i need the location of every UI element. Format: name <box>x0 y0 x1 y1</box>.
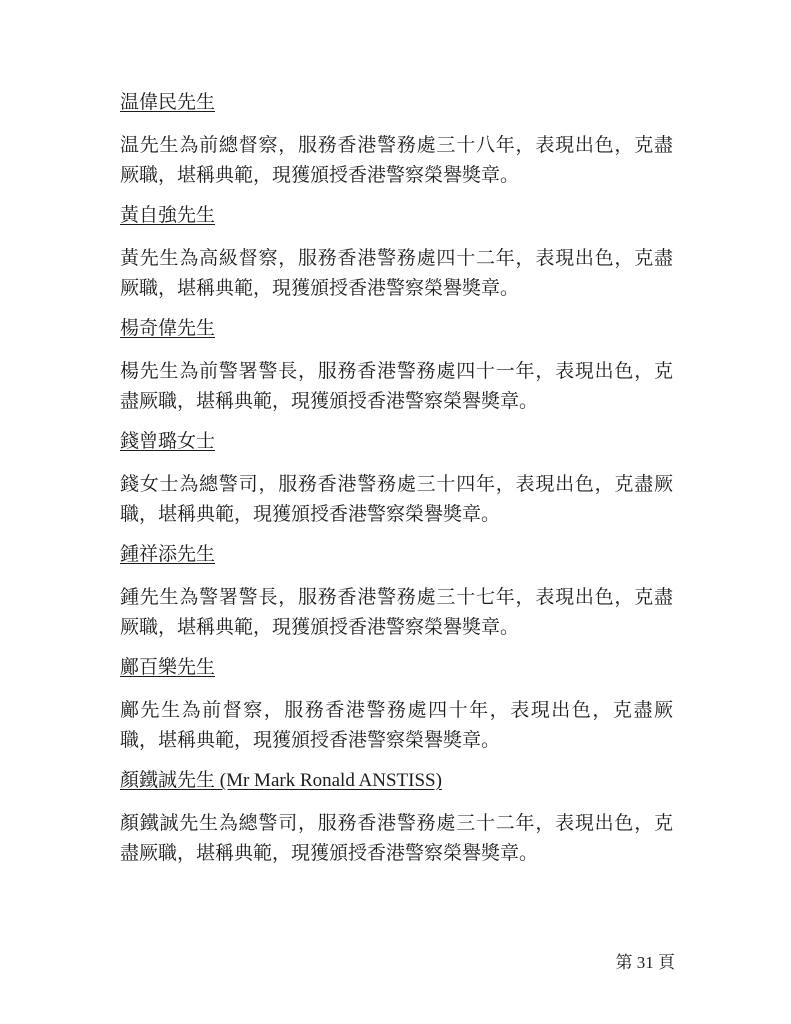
citation-line: 鄺先生為前督察，服務香港警務處四十年，表現出色，克盡厥 <box>120 696 673 726</box>
award-citations-list: 温偉民先生 温先生為前總督察，服務香港警務處三十八年，表現出色，克盡 厥職，堪稱… <box>120 88 673 879</box>
citation-line: 顏鐵誠先生為總警司，服務香港警務處三十二年，表現出色，克 <box>120 809 673 839</box>
recipient-name-heading: 温偉民先生 <box>120 88 673 118</box>
recipient-name-heading: 黃自強先生 <box>120 201 673 231</box>
page-footer: 第 31 頁 <box>616 950 676 975</box>
citation-paragraph: 鍾先生為警署警長，服務香港警務處三十七年，表現出色，克盡 厥職，堪稱典範，現獲頒… <box>120 583 673 643</box>
citation-line: 温先生為前總督察，服務香港警務處三十八年，表現出色，克盡 <box>120 131 673 161</box>
award-entry: 楊奇偉先生 楊先生為前警署警長，服務香港警務處四十一年，表現出色，克 盡厥職，堪… <box>120 314 673 417</box>
citation-paragraph: 黃先生為高級督察，服務香港警務處四十二年，表現出色，克盡 厥職，堪稱典範，現獲頒… <box>120 244 673 304</box>
award-entry: 鍾祥添先生 鍾先生為警署警長，服務香港警務處三十七年，表現出色，克盡 厥職，堪稱… <box>120 540 673 643</box>
recipient-name-heading: 顏鐵誠先生 (Mr Mark Ronald ANSTISS) <box>120 766 673 796</box>
citation-line: 職，堪稱典範，現獲頒授香港警察榮譽獎章。 <box>120 500 673 530</box>
citation-line: 錢女士為總警司，服務香港警務處三十四年，表現出色，克盡厥 <box>120 470 673 500</box>
award-entry: 黃自強先生 黃先生為高級督察，服務香港警務處四十二年，表現出色，克盡 厥職，堪稱… <box>120 201 673 304</box>
document-page: 温偉民先生 温先生為前總督察，服務香港警務處三十八年，表現出色，克盡 厥職，堪稱… <box>0 0 791 1024</box>
citation-line: 盡厥職，堪稱典範，現獲頒授香港警察榮譽獎章。 <box>120 839 673 869</box>
award-entry: 温偉民先生 温先生為前總督察，服務香港警務處三十八年，表現出色，克盡 厥職，堪稱… <box>120 88 673 191</box>
award-entry: 顏鐵誠先生 (Mr Mark Ronald ANSTISS) 顏鐵誠先生為總警司… <box>120 766 673 869</box>
recipient-name-heading: 錢曾璐女士 <box>120 427 673 457</box>
recipient-name-heading: 鍾祥添先生 <box>120 540 673 570</box>
award-entry: 錢曾璐女士 錢女士為總警司，服務香港警務處三十四年，表現出色，克盡厥 職，堪稱典… <box>120 427 673 530</box>
page-number: 第 31 頁 <box>616 953 676 972</box>
citation-paragraph: 錢女士為總警司，服務香港警務處三十四年，表現出色，克盡厥 職，堪稱典範，現獲頒授… <box>120 470 673 530</box>
citation-paragraph: 楊先生為前警署警長，服務香港警務處四十一年，表現出色，克 盡厥職，堪稱典範，現獲… <box>120 357 673 417</box>
citation-paragraph: 鄺先生為前督察，服務香港警務處四十年，表現出色，克盡厥 職，堪稱典範，現獲頒授香… <box>120 696 673 756</box>
citation-line: 楊先生為前警署警長，服務香港警務處四十一年，表現出色，克 <box>120 357 673 387</box>
citation-line: 盡厥職，堪稱典範，現獲頒授香港警察榮譽獎章。 <box>120 387 673 417</box>
recipient-name-heading: 鄺百樂先生 <box>120 653 673 683</box>
citation-line: 黃先生為高級督察，服務香港警務處四十二年，表現出色，克盡 <box>120 244 673 274</box>
citation-paragraph: 温先生為前總督察，服務香港警務處三十八年，表現出色，克盡 厥職，堪稱典範，現獲頒… <box>120 131 673 191</box>
citation-line: 職，堪稱典範，現獲頒授香港警察榮譽獎章。 <box>120 726 673 756</box>
citation-paragraph: 顏鐵誠先生為總警司，服務香港警務處三十二年，表現出色，克 盡厥職，堪稱典範，現獲… <box>120 809 673 869</box>
citation-line: 鍾先生為警署警長，服務香港警務處三十七年，表現出色，克盡 <box>120 583 673 613</box>
citation-line: 厥職，堪稱典範，現獲頒授香港警察榮譽獎章。 <box>120 613 673 643</box>
citation-line: 厥職，堪稱典範，現獲頒授香港警察榮譽獎章。 <box>120 161 673 191</box>
citation-line: 厥職，堪稱典範，現獲頒授香港警察榮譽獎章。 <box>120 274 673 304</box>
recipient-name-heading: 楊奇偉先生 <box>120 314 673 344</box>
award-entry: 鄺百樂先生 鄺先生為前督察，服務香港警務處四十年，表現出色，克盡厥 職，堪稱典範… <box>120 653 673 756</box>
